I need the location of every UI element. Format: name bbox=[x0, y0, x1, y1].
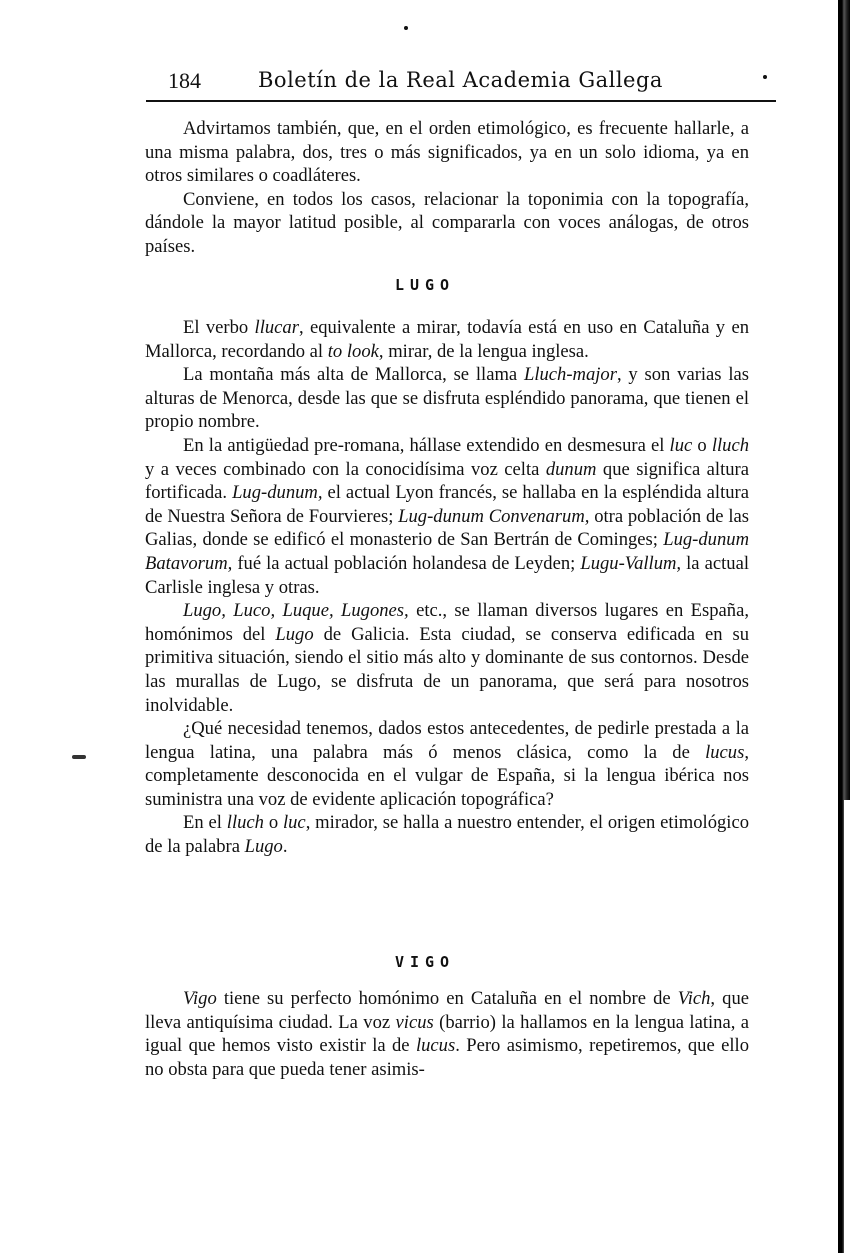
text-run: , mirar, de la lengua inglesa. bbox=[379, 341, 589, 362]
text-run: En el bbox=[183, 812, 227, 833]
paragraph: Advirtamos también, que, en el orden eti… bbox=[145, 117, 749, 188]
text-run: o bbox=[264, 812, 283, 833]
scan-edge-gap bbox=[844, 800, 850, 1253]
section-vigo-body: Vigo tiene su perfecto homónimo en Catal… bbox=[145, 987, 749, 1081]
running-header: 184 Boletín de la Real Academia Gallega bbox=[146, 66, 776, 96]
italic-term: dunum bbox=[546, 459, 597, 480]
scan-speck bbox=[404, 26, 408, 30]
margin-mark bbox=[72, 755, 86, 759]
section-heading-lugo: LUGO bbox=[0, 276, 850, 294]
text-run: tiene su perfecto homónimo en Cataluña e… bbox=[217, 988, 678, 1009]
italic-term: Lug-dunum, bbox=[232, 482, 322, 503]
paragraph: La montaña más alta de Mallorca, se llam… bbox=[145, 363, 749, 434]
paragraph: Vigo tiene su perfecto homónimo en Catal… bbox=[145, 987, 749, 1081]
italic-term: Lug-dunum Convenarum, bbox=[398, 506, 589, 527]
italic-term: lucus bbox=[705, 742, 744, 763]
italic-term: Lugo, Luco, Luque, Lugones, bbox=[183, 600, 409, 621]
italic-term: lluch bbox=[712, 435, 749, 456]
italic-term: to look bbox=[328, 341, 379, 362]
paragraph: El verbo llucar, equivalente a mirar, to… bbox=[145, 316, 749, 363]
header-rule bbox=[146, 100, 776, 102]
italic-term: llucar bbox=[255, 317, 299, 338]
italic-term: Vich bbox=[678, 988, 711, 1009]
paragraph: Lugo, Luco, Luque, Lugones, etc., se lla… bbox=[145, 599, 749, 717]
italic-term: lucus bbox=[416, 1035, 455, 1056]
section-heading-vigo: VIGO bbox=[0, 953, 850, 971]
text-run: o bbox=[692, 435, 712, 456]
paragraph: Conviene, en todos los casos, relacionar… bbox=[145, 188, 749, 259]
running-title: Boletín de la Real Academia Gallega bbox=[258, 68, 663, 92]
text-run: y a veces combinado con la conocidísima … bbox=[145, 459, 546, 480]
italic-term: luc bbox=[283, 812, 306, 833]
paragraph: ¿Qué necesidad tenemos, dados estos ante… bbox=[145, 717, 749, 811]
italic-term: vicus bbox=[396, 1012, 434, 1033]
text-run: La montaña más alta de Mallorca, se llam… bbox=[183, 364, 524, 385]
text-run: fué la actual población holandesa de Ley… bbox=[232, 553, 580, 574]
scanned-page: 184 Boletín de la Real Academia Gallega … bbox=[0, 0, 850, 1253]
paragraph: En el lluch o luc, mirador, se halla a n… bbox=[145, 811, 749, 858]
italic-term: lluch bbox=[227, 812, 264, 833]
italic-term: Lugu-Vallum, bbox=[580, 553, 681, 574]
italic-term: luc bbox=[670, 435, 693, 456]
text-run: El verbo bbox=[183, 317, 255, 338]
paragraph: En la antigüedad pre-romana, hállase ext… bbox=[145, 434, 749, 599]
italic-term: Lugo bbox=[245, 836, 283, 857]
italic-term: Vigo bbox=[183, 988, 217, 1009]
page-number: 184 bbox=[168, 68, 201, 94]
intro-text: Advirtamos también, que, en el orden eti… bbox=[145, 117, 749, 259]
italic-term: Lluch-major bbox=[524, 364, 617, 385]
text-run: . bbox=[283, 836, 288, 857]
italic-term: Lugo bbox=[275, 624, 313, 645]
text-run: En la antigüedad pre-romana, hállase ext… bbox=[183, 435, 670, 456]
section-lugo-body: El verbo llucar, equivalente a mirar, to… bbox=[145, 316, 749, 859]
text-run: ¿Qué necesidad tenemos, dados estos ante… bbox=[145, 718, 749, 763]
